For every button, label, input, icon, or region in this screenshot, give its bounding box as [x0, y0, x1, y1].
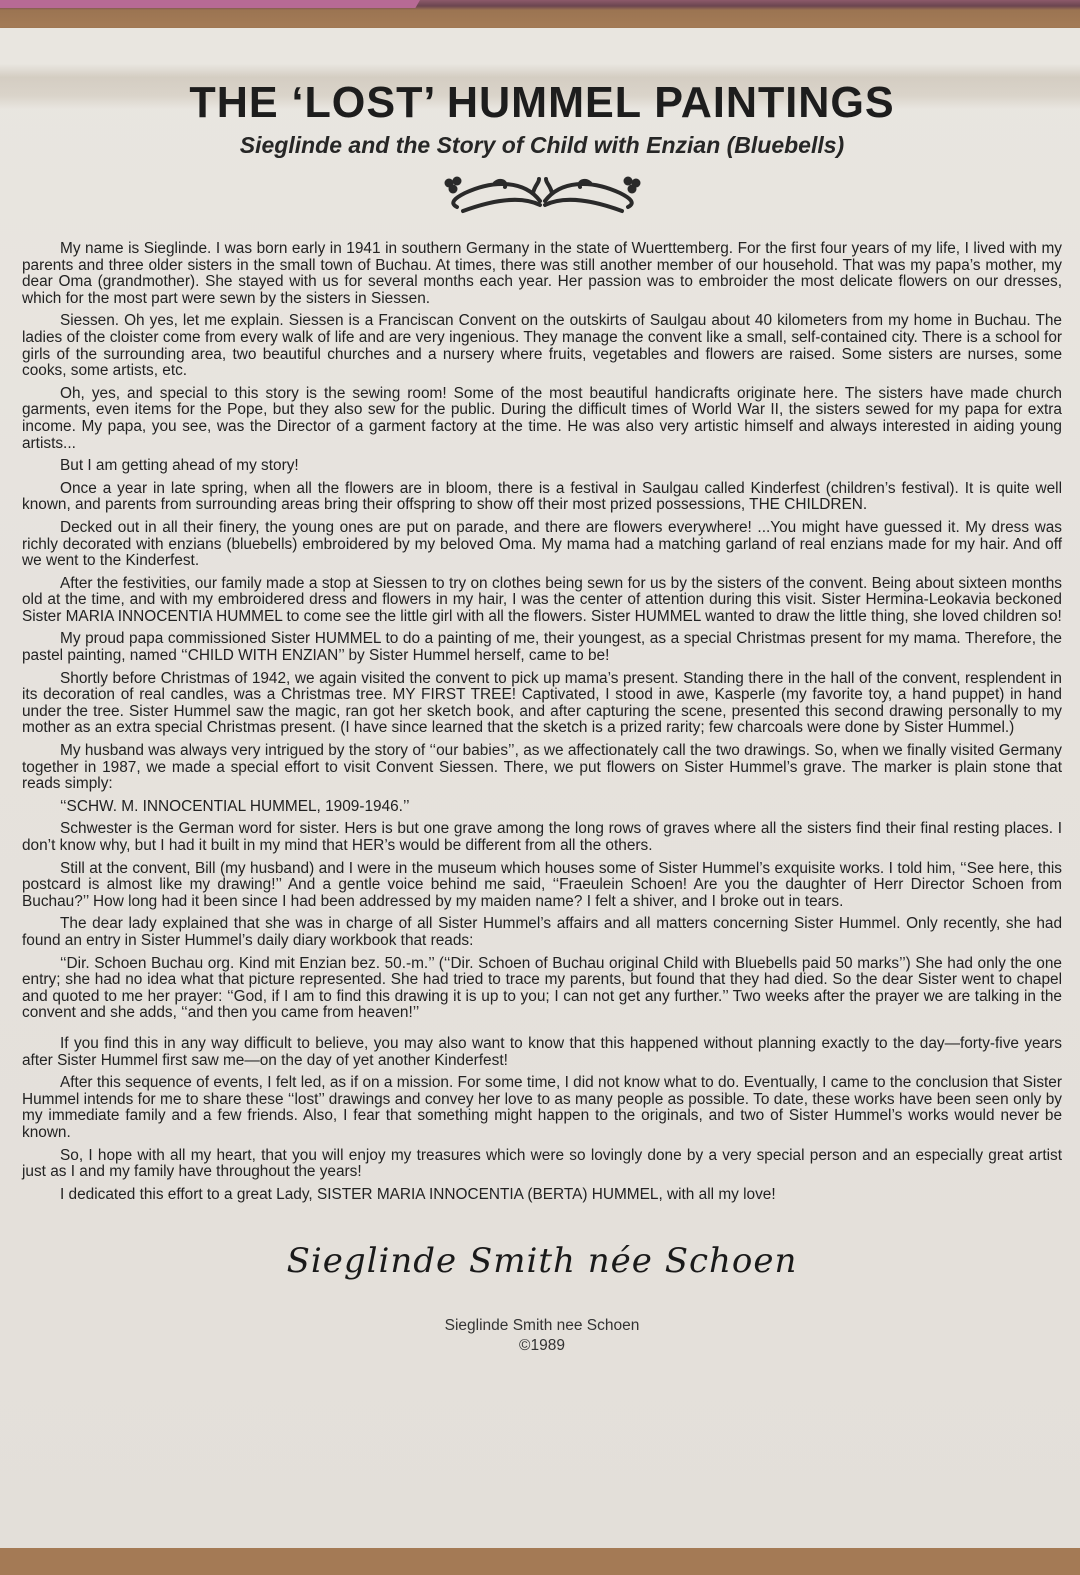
paragraph: My husband was always very intrigued by …: [22, 743, 1062, 793]
dedication: I dedicated this effort to a great Lady,…: [22, 1187, 1062, 1204]
paragraph: Schwester is the German word for sister.…: [22, 821, 1062, 854]
paragraph: Still at the convent, Bill (my husband) …: [22, 861, 1062, 911]
paragraph: After the festivities, our family made a…: [22, 576, 1062, 626]
paragraph: But I am getting ahead of my story!: [22, 458, 1062, 475]
document-title: THE ‘LOST’ HUMMEL PAINTINGS: [32, 78, 1051, 128]
copyright-notice: ©1989: [22, 1337, 1062, 1355]
pink-object-edge: [0, 0, 420, 8]
floral-scroll-ornament-icon: [435, 171, 650, 219]
paragraph: Decked out in all their finery, the youn…: [22, 520, 1062, 570]
paragraph: So, I hope with all my heart, that you w…: [22, 1148, 1062, 1181]
paragraph: My name is Sieglinde. I was born early i…: [22, 241, 1062, 307]
paragraph: Once a year in late spring, when all the…: [22, 481, 1062, 514]
paragraph: If you find this in any way difficult to…: [22, 1036, 1062, 1069]
paragraph: Oh, yes, and special to this story is th…: [22, 386, 1062, 452]
diary-quote: ‘‘Dir. Schoen Buchau org. Kind mit Enzia…: [22, 956, 1062, 1022]
document: THE ‘LOST’ HUMMEL PAINTINGS Sieglinde an…: [22, 28, 1062, 1355]
paragraph: The dear lady explained that she was in …: [22, 916, 1062, 949]
table-surface-top: [0, 0, 1080, 30]
document-subtitle: Sieglinde and the Story of Child with En…: [22, 132, 1062, 159]
signature-block: Sieglinde Smith née Schoen Sieglinde Smi…: [22, 1241, 1062, 1355]
document-body: My name is Sieglinde. I was born early i…: [22, 241, 1062, 1203]
table-surface-bottom: [0, 1548, 1080, 1575]
grave-inscription: ‘‘SCHW. M. INNOCENTIAL HUMMEL, 1909-1946…: [22, 799, 1062, 816]
handwritten-signature: Sieglinde Smith née Schoen: [22, 1241, 1062, 1281]
paragraph: Shortly before Christmas of 1942, we aga…: [22, 671, 1062, 737]
paragraph: Siessen. Oh yes, let me explain. Siessen…: [22, 313, 1062, 379]
author-name: Sieglinde Smith nee Schoen: [22, 1317, 1062, 1335]
paragraph: After this sequence of events, I felt le…: [22, 1075, 1062, 1141]
paragraph: My proud papa commissioned Sister HUMMEL…: [22, 631, 1062, 664]
